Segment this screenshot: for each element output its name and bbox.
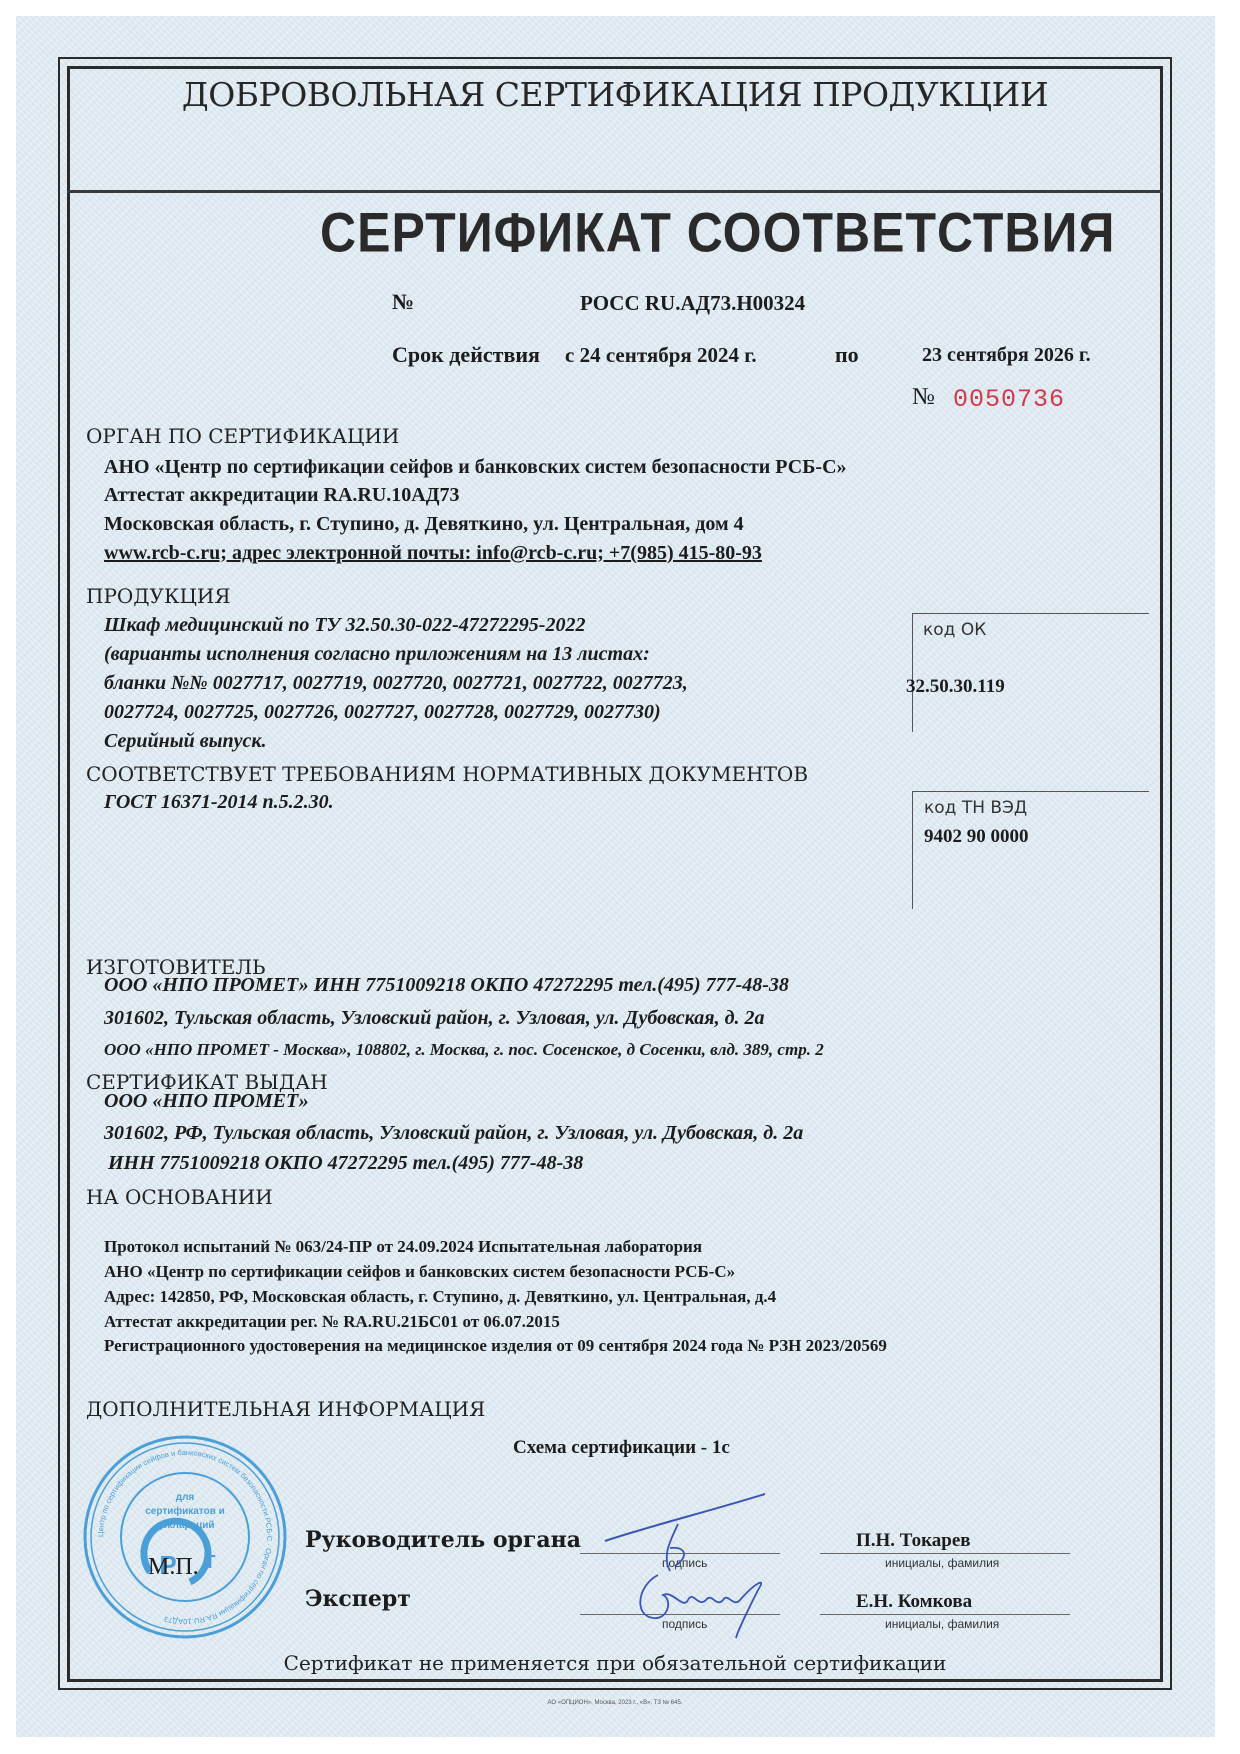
- code-tnved-value: 9402 90 0000: [924, 826, 1029, 848]
- conformity-heading: СООТВЕТСТВУЕТ ТРЕБОВАНИЯМ НОРМАТИВНЫХ ДО…: [86, 762, 808, 786]
- cert-body-name: АНО «Центр по сертификации сейфов и банк…: [104, 456, 847, 479]
- blank-number-sign: №: [912, 384, 935, 411]
- stamp-place-mark: М.П.: [148, 1554, 199, 1581]
- printer-info: АО «ОПЦИОН», Москва, 2023 г., «В», ТЗ № …: [67, 1700, 1163, 1706]
- issued-to-line-1: ООО «НПО ПРОМЕТ»: [104, 1090, 309, 1113]
- expert-label: Эксперт: [305, 1586, 411, 1612]
- head-name-caption: инициалы, фамилия: [885, 1556, 999, 1570]
- expert-name-caption: инициалы, фамилия: [885, 1617, 999, 1631]
- svg-text:T: T: [205, 1552, 216, 1572]
- svg-text:сертификатов и: сертификатов и: [145, 1505, 225, 1517]
- expert-name-line: [820, 1614, 1070, 1615]
- basis-line-1: Протокол испытаний № 063/24-ПР от 24.09.…: [104, 1237, 702, 1257]
- issued-to-line-3: ИНН 7751009218 ОКПО 47272295 тел.(495) 7…: [108, 1152, 583, 1175]
- svg-text:для: для: [176, 1492, 195, 1503]
- valid-from: с 24 сентября 2024 г.: [565, 343, 757, 368]
- product-line-4: 0027724, 0027725, 0027726, 0027727, 0027…: [104, 701, 661, 724]
- basis-line-3: Адрес: 142850, РФ, Московская область, г…: [104, 1287, 776, 1307]
- basis-heading: НА ОСНОВАНИИ: [86, 1185, 273, 1209]
- certificate-title: СЕРТИФИКАТ СООТВЕТСТВИЯ: [320, 200, 1115, 265]
- cert-body-contacts[interactable]: www.rcb-c.ru; адрес электронной почты: i…: [104, 542, 762, 565]
- head-name: П.Н. Токарев: [856, 1530, 971, 1552]
- header-divider: [67, 190, 1163, 193]
- product-line-5: Серийный выпуск.: [104, 730, 267, 753]
- conformity-standard: ГОСТ 16371-2014 п.5.2.30.: [104, 791, 334, 814]
- product-line-2: (варианты исполнения согласно приложения…: [104, 643, 650, 666]
- voluntary-certification-heading: ДОБРОВОЛЬНАЯ СЕРТИФИКАЦИЯ ПРОДУКЦИИ: [67, 75, 1163, 114]
- code-ok-value: 32.50.30.119: [906, 676, 1005, 698]
- svg-text:деклараций: деклараций: [155, 1520, 214, 1531]
- head-name-line: [820, 1553, 1070, 1554]
- cert-body-accreditation: Аттестат аккредитации RA.RU.10АД73: [104, 484, 460, 507]
- manufacturer-line-2: 301602, Тульская область, Узловский райо…: [104, 1007, 765, 1030]
- basis-line-5: Регистрационного удостоверения на медици…: [104, 1336, 887, 1356]
- manufacturer-line-1: ООО «НПО ПРОМЕТ» ИНН 7751009218 ОКПО 472…: [104, 974, 789, 997]
- svg-text:Центр по сертификации сейфов и: Центр по сертификации сейфов и банковски…: [96, 1448, 274, 1626]
- cert-body-address: Московская область, г. Ступино, д. Девят…: [104, 513, 744, 536]
- certification-scheme: Схема сертификации - 1с: [513, 1437, 730, 1459]
- product-line-3: бланки №№ 0027717, 0027719, 0027720, 002…: [104, 672, 688, 695]
- reg-number: РОСС RU.АД73.Н00324: [580, 291, 805, 316]
- head-of-body-label: Руководитель органа: [305, 1527, 581, 1553]
- product-heading: ПРОДУКЦИЯ: [86, 584, 231, 608]
- footer-notice: Сертификат не применяется при обязательн…: [67, 1651, 1163, 1675]
- valid-to: 23 сентября 2026 г.: [922, 344, 1091, 367]
- certification-stamp-icon: для сертификатов и деклараций P T Центр …: [80, 1432, 290, 1642]
- expert-signature-icon: [628, 1560, 778, 1640]
- blank-serial-number: 0050736: [953, 385, 1065, 414]
- product-line-1: Шкаф медицинский по ТУ 32.50.30-022-4727…: [104, 614, 585, 637]
- cert-body-heading: ОРГАН ПО СЕРТИФИКАЦИИ: [86, 424, 399, 448]
- valid-to-label: по: [835, 342, 859, 368]
- validity-label: Срок действия: [392, 342, 540, 368]
- basis-line-2: АНО «Центр по сертификации сейфов и банк…: [104, 1262, 735, 1282]
- additional-info-heading: ДОПОЛНИТЕЛЬНАЯ ИНФОРМАЦИЯ: [86, 1397, 485, 1421]
- code-tnved-label: код ТН ВЭД: [924, 798, 1027, 818]
- reg-number-sign: №: [392, 289, 414, 315]
- basis-line-4: Аттестат аккредитации рег. № RA.RU.21БС0…: [104, 1312, 560, 1332]
- issued-to-line-2: 301602, РФ, Тульская область, Узловский …: [104, 1122, 803, 1145]
- expert-name: Е.Н. Комкова: [856, 1591, 972, 1613]
- manufacturer-line-3: ООО «НПО ПРОМЕТ - Москва», 108802, г. Мо…: [104, 1040, 824, 1060]
- code-ok-label: код ОК: [923, 620, 986, 640]
